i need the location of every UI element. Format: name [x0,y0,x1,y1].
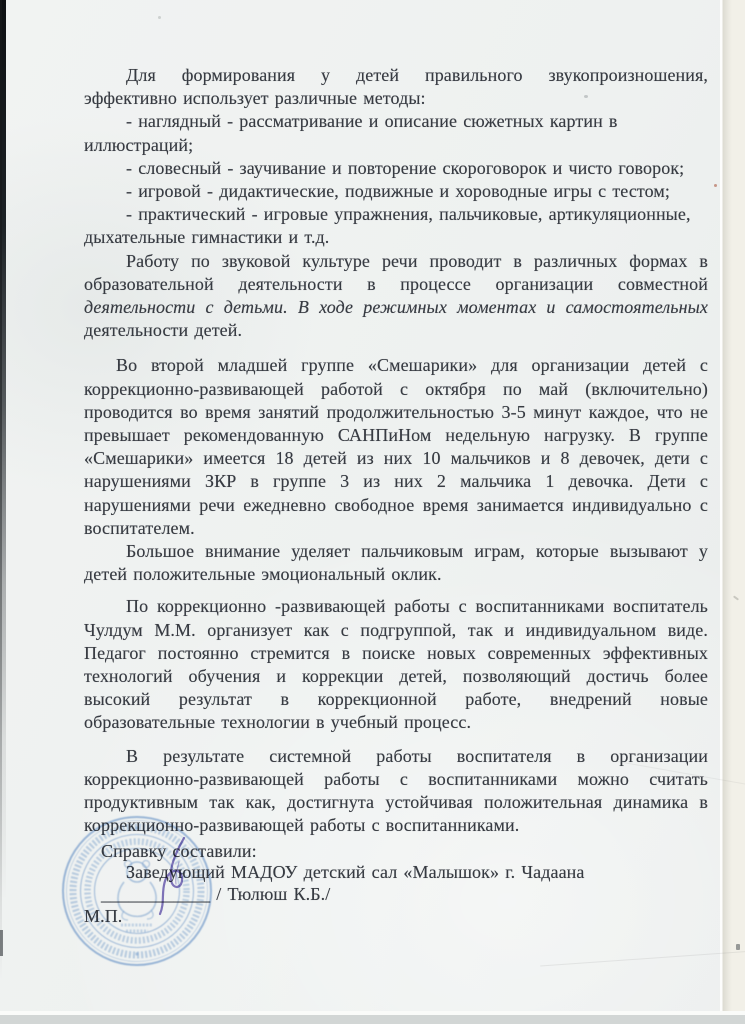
text-line: - наглядный - рассматривание и описание … [84,110,708,133]
text-line: высокий результат в коррекционной работе… [84,688,708,711]
text-line: «Смешарики» имеется 18 детей из них 10 м… [84,447,708,470]
text-line: образовательные технологии в учебный про… [84,711,708,734]
text-line: деятельности детей. [84,319,708,342]
text-line: нарушениями ЗКР в группе 3 из них 2 маль… [84,470,708,493]
dust-speck [158,16,161,19]
text-line: технологий обучения и коррекции детей, п… [84,665,708,688]
handwritten-signature [138,834,218,920]
text-line: Педагог постоянно стремится в поиске нов… [84,642,708,665]
paragraph: - словесный - заучивание и повторение ск… [84,157,708,180]
text-line: продуктивным так как, достигнута устойчи… [84,791,708,814]
text-line: По коррекционно -развивающей работы с во… [84,595,708,618]
paragraph: Для формирования у детей правильного зву… [84,64,708,110]
paragraph: - игровой - дидактические, подвижные и х… [84,180,708,203]
paragraph: Большое внимание уделяет пальчиковым игр… [84,540,708,586]
text-line: образовательной деятельности в процессе … [84,273,708,296]
scan-right-seam [720,0,745,1016]
dust-speck [584,95,588,98]
text-line: проводится во время занятий продолжитель… [84,401,708,424]
text-line: коррекционно-развивающей работой с октяб… [84,378,708,401]
paragraph: Во второй младшей группе «Смешарики» для… [84,354,708,540]
scan-bottom-strip [0,1015,745,1024]
text-line: Работу по звуковой культуре речи проводи… [84,250,708,273]
text-line: Чулдум М.М. организует как с подгруппой,… [84,619,708,642]
text-line: Большое внимание уделяет пальчиковым игр… [84,540,708,563]
scanned-page: Для формирования у детей правильного зву… [0,0,745,1024]
paper-crease [540,951,745,967]
paragraph: - практический - игровые упражнения, пал… [84,203,708,249]
text-line: коррекционно-развивающей работы с воспит… [84,768,708,791]
text-line: детей положительные эмоциональный оклик. [84,563,708,586]
scan-edge-tick [0,930,3,956]
text-line: иллюстраций; [84,134,708,157]
text-line: дыхательные гимнастики и т.д. [84,226,708,249]
text-line: - практический - игровые упражнения, пал… [84,203,708,226]
text-line: нарушениями речи ежедневно свободное вре… [84,494,708,517]
paragraph: Работу по звуковой культуре речи проводи… [84,250,708,343]
dust-speck [714,184,717,187]
paragraph: По коррекционно -развивающей работы с во… [84,595,708,734]
text-line: деятельности с детьми. В ходе режимных м… [84,296,708,319]
text-line: В результате системной работы воспитател… [84,745,708,768]
text-line: Во второй младшей группе «Смешарики» для… [84,354,708,377]
document-text: Для формирования у детей правильного зву… [84,64,708,928]
text-line: превышает рекомендованную САНПиНом недел… [84,424,708,447]
text-line: эффективно использует различные методы: [84,87,708,110]
text-line: - словесный - заучивание и повторение ск… [84,157,708,180]
dust-speck [736,944,740,950]
text-line: Для формирования у детей правильного зву… [84,64,708,87]
paragraph: - наглядный - рассматривание и описание … [84,110,708,156]
scan-edge-left-thin [0,0,2,980]
text-line: - игровой - дидактические, подвижные и х… [84,180,708,203]
text-line: воспитателем. [84,517,708,540]
